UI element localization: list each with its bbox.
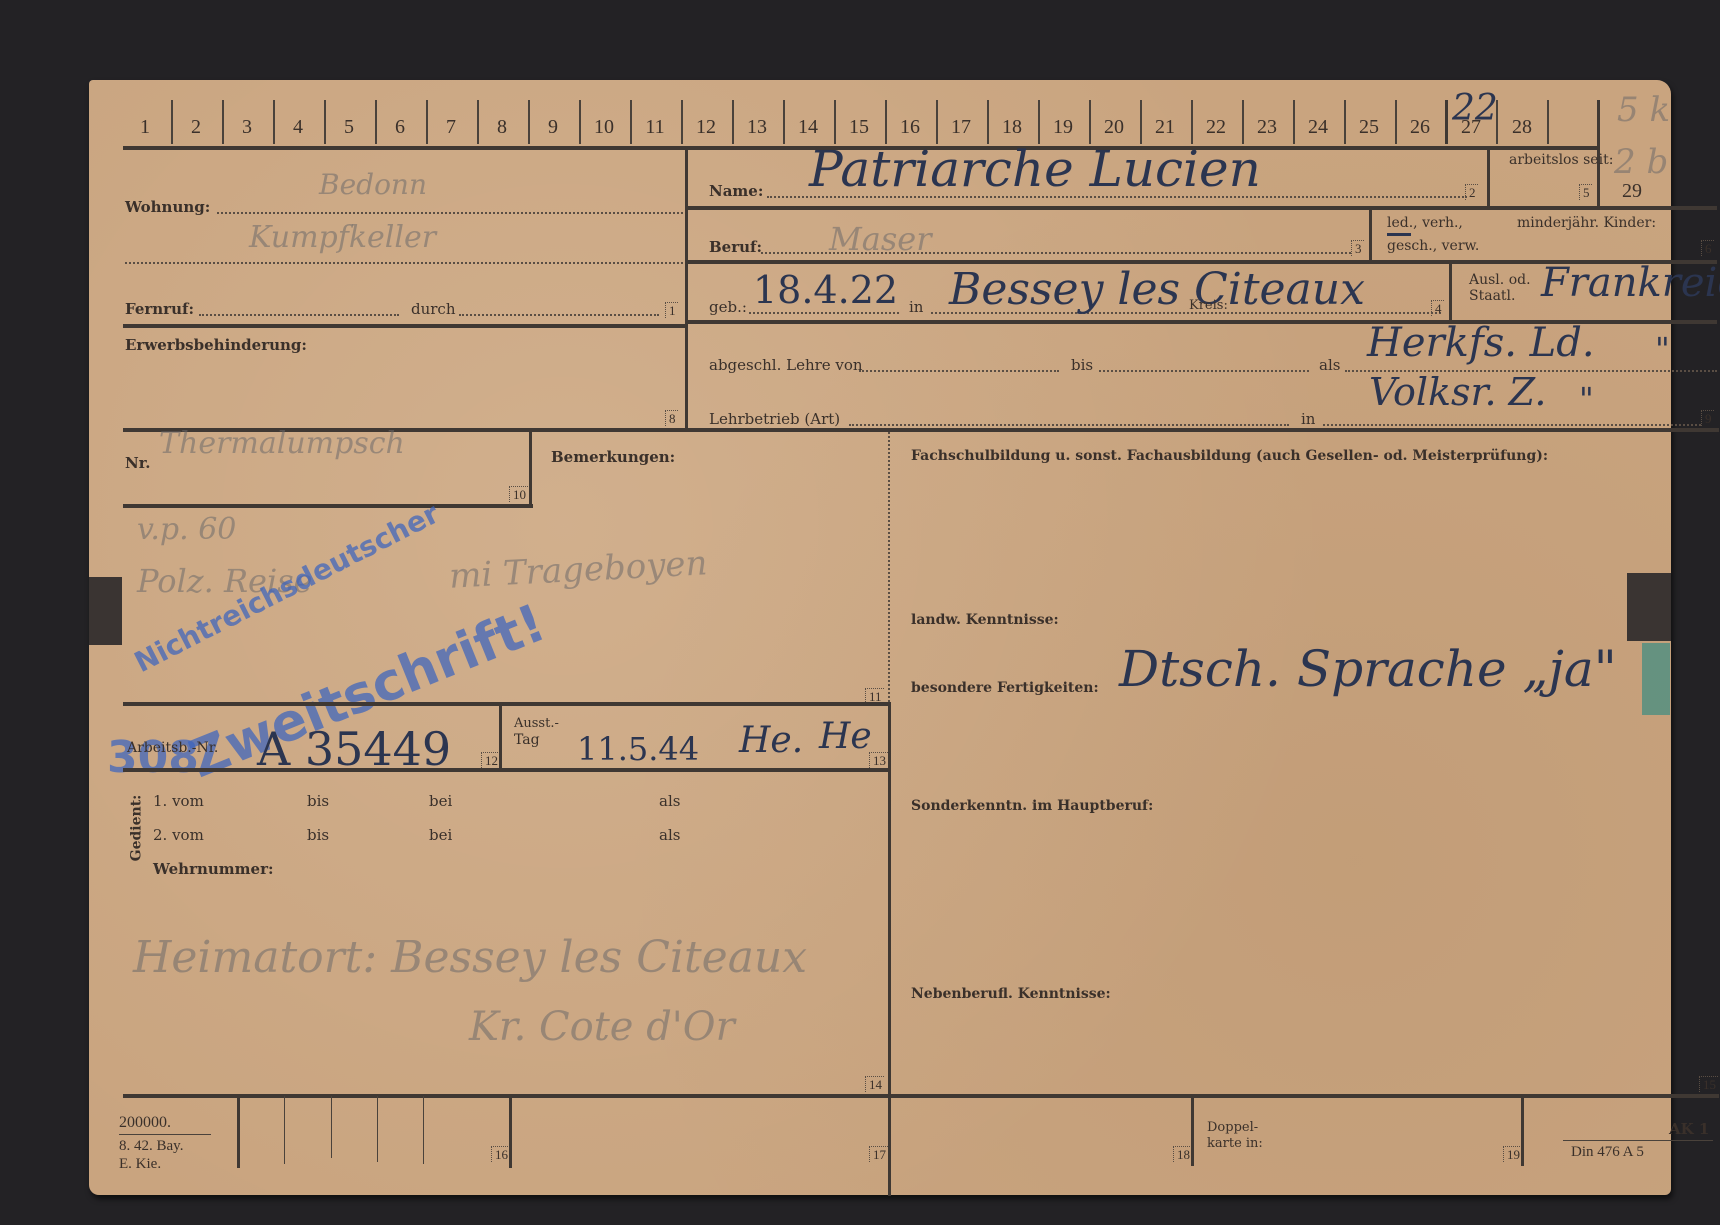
ausst-label: Ausst.- [514, 716, 559, 731]
service-row-bis: bis [307, 792, 329, 810]
heimatort-value: Kr. Cote d'Or [469, 1004, 735, 1050]
field-number-box: 3 [1351, 240, 1364, 256]
als-label: als [1319, 356, 1340, 374]
beruf-label: Beruf: [709, 238, 762, 256]
ditto-mark: " [1579, 380, 1594, 418]
initials-value: He. [739, 720, 803, 761]
ruler-number: 11 [635, 116, 675, 139]
green-marker [1642, 643, 1670, 715]
wohnung-value: Kumpfkeller [249, 220, 436, 255]
wehrnummer-label: Wehrnummer: [153, 860, 274, 878]
ruler-number: 5 [329, 116, 369, 139]
ruler-number: 13 [737, 116, 777, 139]
in-label: in [909, 298, 923, 316]
service-row-als: als [659, 792, 680, 810]
geb-label: geb.: [709, 298, 747, 316]
field-number: 29 [1597, 180, 1667, 203]
ruler-number: 17 [941, 116, 981, 139]
birthplace-value: Bessey les Citeaux [949, 264, 1365, 315]
field-number-box: 4 [1431, 300, 1444, 316]
nr-label: Nr. [125, 454, 150, 472]
erwerbsbehinderung-label: Erwerbsbehinderung: [125, 336, 307, 354]
arbeitsbuch-nr-label: Arbeitsb.-Nr. [127, 740, 218, 756]
field-number-box: 17 [869, 1146, 888, 1162]
doppelkarte-label: karte in: [1207, 1136, 1263, 1151]
arbeitslos-label: arbeitslos seit: [1509, 152, 1613, 168]
field-number-box: 10 [509, 486, 528, 502]
nationality-value: Frankreich [1541, 260, 1720, 306]
field-number-box: 9 [1701, 410, 1714, 426]
ruler-number: 6 [380, 116, 420, 139]
tag-label: Tag [514, 732, 540, 748]
name-value: Patriarche Lucien [809, 140, 1261, 198]
service-row-vom: 1. vom [153, 792, 204, 810]
ruler-number: 23 [1247, 116, 1287, 139]
ruler-number: 26 [1400, 116, 1440, 139]
pencil-note: mi Trageboyen [448, 543, 708, 596]
service-row-bei: bei [429, 826, 452, 844]
field-number-box: 1 [665, 302, 678, 318]
ruler-number: 3 [227, 116, 267, 139]
ruler-number: 14 [788, 116, 828, 139]
wohnung-value: Bedonn [319, 168, 427, 201]
ruler-number: 15 [839, 116, 879, 139]
ruler-number: 19 [1043, 116, 1083, 139]
ruler-number: 22 [1196, 116, 1236, 139]
ruler-number: 2 [176, 116, 216, 139]
name-label: Name: [709, 182, 763, 200]
index-tab-right [1627, 573, 1671, 641]
field-number-box: 19 [1503, 1146, 1522, 1162]
sonderkenntnisse-label: Sonderkenntn. im Hauptberuf: [911, 798, 1153, 814]
nebenberuf-label: Nebenberufl. Kenntnisse: [911, 986, 1111, 1002]
ruler-number: 10 [584, 116, 624, 139]
print-info: E. Kie. [119, 1156, 161, 1173]
field-number-box: 16 [491, 1146, 510, 1162]
fertigkeiten-value: Dtsch. Sprache „ja" [1119, 640, 1617, 698]
fertigkeiten-label: besondere Fertigkeiten: [911, 680, 1099, 696]
registration-card: 1 2 3 4 5 6 7 8 9 10 11 12 13 14 15 16 1… [89, 80, 1671, 1195]
kinder-label: minderjähr. Kinder: [1517, 215, 1656, 231]
lehrbetrieb-label: Lehrbetrieb (Art) [709, 410, 840, 428]
service-row-bei: bei [429, 792, 452, 810]
initials-value: He [819, 716, 872, 757]
landw-label: landw. Kenntnisse: [911, 612, 1059, 628]
ruler-number: 28 [1502, 116, 1542, 139]
ruler-number: 12 [686, 116, 726, 139]
lehrbetrieb-value: Volksr. Z. [1369, 370, 1546, 414]
ruler-number: 21 [1145, 116, 1185, 139]
ruler-number: 20 [1094, 116, 1134, 139]
nr-value: Thermalumpsch [159, 426, 405, 461]
kreis-label: Kreis: [1189, 298, 1228, 313]
ruler-number: 9 [533, 116, 573, 139]
lehre-label: abgeschl. Lehre von [709, 356, 863, 374]
bemerkungen-label: Bemerkungen: [551, 448, 675, 466]
field-number-box: 8 [665, 410, 678, 426]
fachschul-label: Fachschulbildung u. sonst. Fachausbildun… [911, 448, 1548, 464]
handwritten-number: 22 [1452, 88, 1498, 129]
ruler-number: 16 [890, 116, 930, 139]
service-row-vom: 2. vom [153, 826, 204, 844]
ausl-label: Ausl. od. [1469, 272, 1531, 288]
form-code: AK 1 [1669, 1120, 1709, 1138]
ruler-number: 24 [1298, 116, 1338, 139]
marital-status-label: gesch., verw. [1387, 238, 1479, 254]
field-number-box: 15 [1699, 1076, 1718, 1092]
pencil-note: 5 k [1617, 90, 1670, 130]
ruler-number: 25 [1349, 116, 1389, 139]
print-count: 200000. [119, 1114, 171, 1132]
print-info: 8. 42. Bay. [119, 1138, 183, 1155]
ruler-number: 4 [278, 116, 318, 139]
marital-status-label: led., verh., [1387, 215, 1463, 231]
field-number-box: 12 [481, 752, 500, 768]
bis-label: bis [1071, 356, 1093, 374]
ditto-mark: " [1655, 330, 1670, 368]
beruf-value: Maser [829, 220, 932, 258]
ruler-number: 18 [992, 116, 1032, 139]
pencil-note: 2 b [1614, 142, 1668, 182]
service-row-bis: bis [307, 826, 329, 844]
birth-date-value: 18.4.22 [753, 268, 898, 312]
pencil-note: v.p. 60 [137, 512, 236, 547]
field-number-box: 5 [1579, 184, 1592, 200]
marital-status-underline [1387, 233, 1411, 236]
heimatort-value: Heimatort: Bessey les Citeaux [133, 932, 807, 983]
field-number-box: 13 [869, 752, 888, 768]
field-number-box: 6 [1701, 240, 1714, 256]
ruler-number: 7 [431, 116, 471, 139]
fernruf-label: Fernruf: [125, 300, 194, 318]
wohnung-label: Wohnung: [125, 198, 210, 216]
ruler-number: 1 [125, 116, 165, 139]
doppelkarte-label: Doppel- [1207, 1120, 1258, 1135]
din-code: Din 476 A 5 [1571, 1144, 1644, 1161]
service-row-als: als [659, 826, 680, 844]
ausst-date-value: 11.5.44 [577, 730, 699, 768]
ruler-number: 8 [482, 116, 522, 139]
lehrbetrieb-in-label: in [1301, 410, 1315, 428]
index-tab-left [89, 577, 122, 645]
gedient-label: Gedient: [128, 795, 144, 862]
field-number-box: 18 [1173, 1146, 1192, 1162]
durch-label: durch [411, 300, 456, 318]
field-number-box: 14 [865, 1076, 884, 1092]
field-number-box: 2 [1465, 184, 1478, 200]
staatl-label: Staatl. [1469, 288, 1515, 304]
lehre-als-value: Herkfs. Ld. [1367, 320, 1595, 366]
